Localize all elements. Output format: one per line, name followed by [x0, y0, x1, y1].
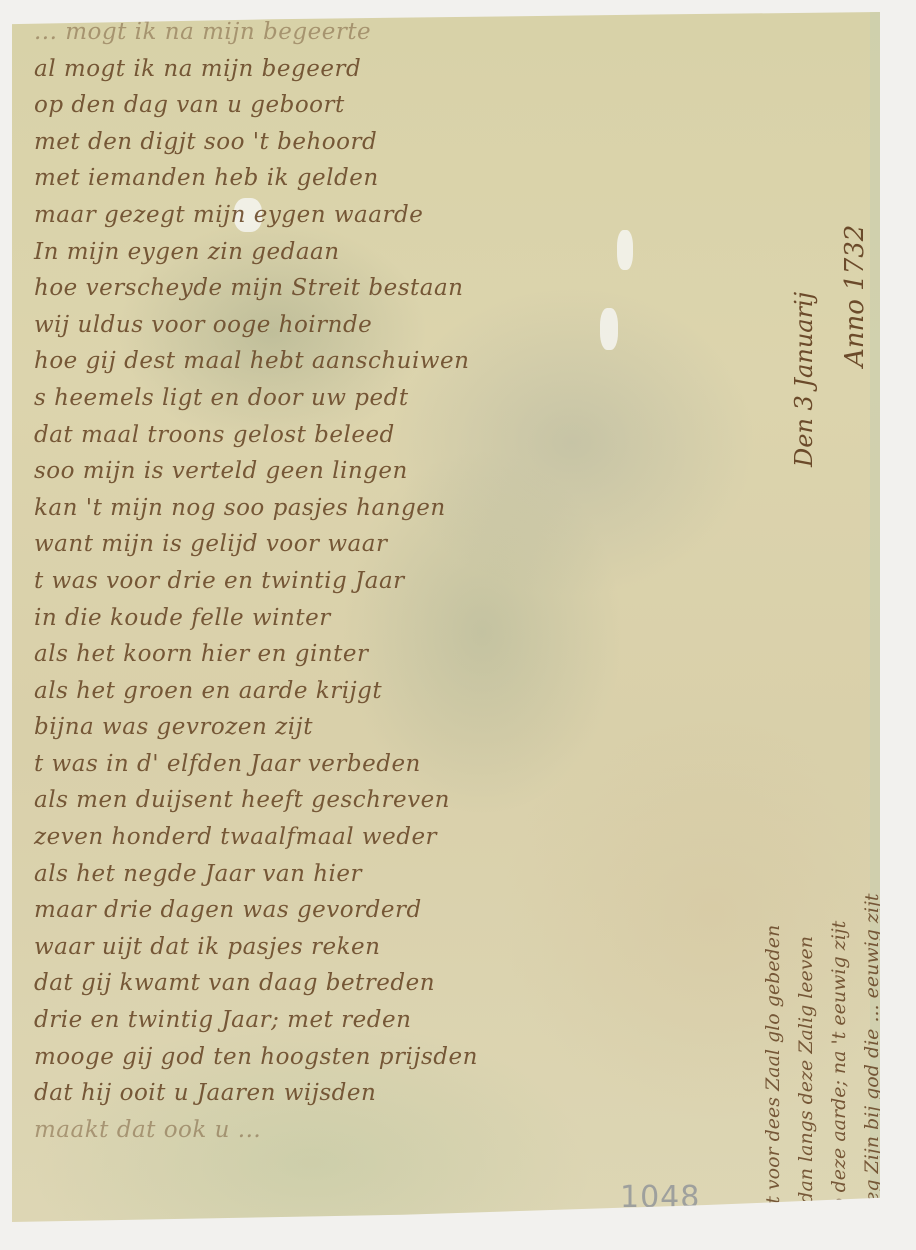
poem-line: maar gezegt mijn eygen waarde	[34, 197, 754, 234]
margin-date-line: Den 3 Januarij	[790, 292, 818, 467]
poem-line: hoe verscheyde mijn Streit bestaan	[34, 270, 754, 307]
poem-line: wij uldus voor ooge hoirnde	[34, 307, 754, 344]
poem-line: soo mijn is verteld geen lingen	[34, 453, 754, 490]
poem-line: kan 't mijn nog soo pasjes hangen	[34, 490, 754, 527]
poem-line: In mijn eygen zin gedaan	[34, 234, 754, 271]
poem-line: al mogt ik na mijn begeerd	[34, 51, 754, 88]
poem-text: ... mogt ik na mijn begeerte al mogt ik …	[34, 14, 754, 1148]
poem-line: dat hij ooit u Jaaren wijsden	[34, 1075, 754, 1112]
poem-line: waar uijt dat ik pasjes reken	[34, 929, 754, 966]
poem-line: als men duijsent heeft geschreven	[34, 782, 754, 819]
poem-line: ... mogt ik na mijn begeerte	[34, 14, 754, 51]
poem-line: met iemanden heb ik gelden	[34, 160, 754, 197]
poem-line: als het groen en aarde krijgt	[34, 673, 754, 710]
poem-line: drie en twintig Jaar; met reden	[34, 1002, 754, 1039]
poem-line: t was in d' elfden Jaar verbeden	[34, 746, 754, 783]
poem-line: s heemels ligt en door uw pedt	[34, 380, 754, 417]
margin-year-line: Anno 1732	[840, 225, 870, 367]
side-verse-line: op deze aarde; na 't eeuwig zijt	[823, 893, 856, 1222]
poem-line: in die koude felle winter	[34, 600, 754, 637]
manuscript-page: ... mogt ik na mijn begeerte al mogt ik …	[12, 12, 880, 1222]
poem-line: maar drie dagen was gevorderd	[34, 892, 754, 929]
side-verse: dit voor dees Zaal glo gebeden u dan lan…	[757, 893, 889, 1222]
poem-line: als het negde Jaar van hier	[34, 856, 754, 893]
poem-line: met den digjt soo 't behoord	[34, 124, 754, 161]
poem-line: op den dag van u geboort	[34, 87, 754, 124]
poem-line: t was voor drie en twintig Jaar	[34, 563, 754, 600]
poem-line: dat gij kwamt van daag betreden	[34, 965, 754, 1002]
poem-line: zeven honderd twaalfmaal weder	[34, 819, 754, 856]
side-verse-line: dit voor dees Zaal glo gebeden	[757, 893, 790, 1222]
side-verse-line: toeg Zijn bij god die ... eeuwig zijt	[856, 893, 889, 1222]
poem-line: bijna was gevrozen zijt	[34, 709, 754, 746]
poem-line: mooge gij god ten hoogsten prijsden	[34, 1039, 754, 1076]
poem-line: als het koorn hier en ginter	[34, 636, 754, 673]
poem-line: hoe gij dest maal hebt aanschuiwen	[34, 343, 754, 380]
poem-line: want mijn is gelijd voor waar	[34, 526, 754, 563]
side-verse-line: u dan langs deze Zalig leeven	[790, 893, 823, 1222]
catalog-number: 1048	[620, 1180, 700, 1215]
poem-line: maakt dat ook u ...	[34, 1112, 754, 1149]
poem-line: dat maal troons gelost beleed	[34, 417, 754, 454]
